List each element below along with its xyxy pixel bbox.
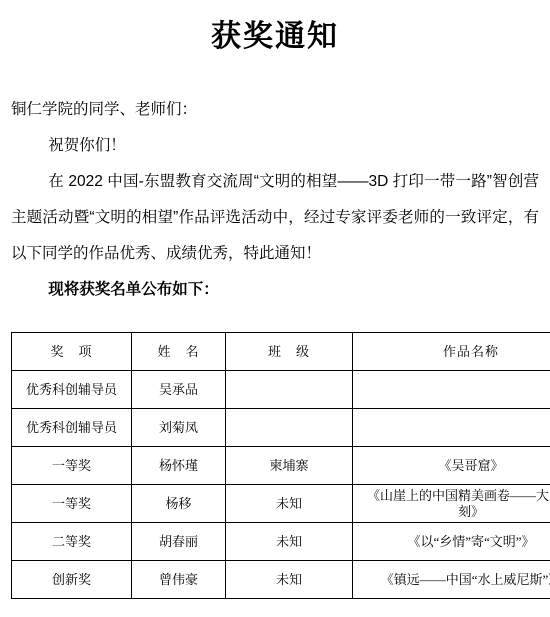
header-name: 姓 名 bbox=[132, 333, 226, 371]
table-cell: 创新奖 bbox=[12, 561, 132, 599]
table-cell: 《以“乡情”寄“文明”》 bbox=[353, 523, 550, 561]
table-cell: 《山崖上的中国精美画卷——大足石刻》 bbox=[353, 485, 550, 523]
table-cell bbox=[353, 371, 550, 409]
table-body: 优秀科创辅导员吴承品优秀科创辅导员刘菊凤一等奖杨怀瑾柬埔寨《吴哥窟》一等奖杨移未… bbox=[12, 371, 550, 599]
body-paragraph: 在 2022 中国-东盟教育交流周“文明的相望——3D 打印一带一路”智创营主题… bbox=[11, 164, 539, 272]
table-cell: 二等奖 bbox=[12, 523, 132, 561]
table-cell: 《镇远——中国“水上威尼斯”》 bbox=[353, 561, 550, 599]
table-cell: 曾伟豪 bbox=[132, 561, 226, 599]
awards-table: 奖 项 姓 名 班 级 作品名称 优秀科创辅导员吴承品优秀科创辅导员刘菊凤一等奖… bbox=[11, 332, 550, 599]
table-cell: 柬埔寨 bbox=[226, 447, 353, 485]
table-cell: 未知 bbox=[226, 485, 353, 523]
table-row: 一等奖杨移未知《山崖上的中国精美画卷——大足石刻》 bbox=[12, 485, 550, 523]
header-work-title: 作品名称 bbox=[353, 333, 550, 371]
announce-line: 现将获奖名单公布如下： bbox=[11, 272, 539, 308]
table-cell bbox=[226, 371, 353, 409]
table-cell: 刘菊凤 bbox=[132, 409, 226, 447]
header-class: 班 级 bbox=[226, 333, 353, 371]
table-cell: 吴承品 bbox=[132, 371, 226, 409]
salutation-line: 铜仁学院的同学、老师们： bbox=[11, 92, 539, 128]
table-cell: 胡春丽 bbox=[132, 523, 226, 561]
table-cell bbox=[353, 409, 550, 447]
header-award: 奖 项 bbox=[12, 333, 132, 371]
table-cell: 一等奖 bbox=[12, 485, 132, 523]
table-row: 优秀科创辅导员刘菊凤 bbox=[12, 409, 550, 447]
table-row: 优秀科创辅导员吴承品 bbox=[12, 371, 550, 409]
table-cell: 杨怀瑾 bbox=[132, 447, 226, 485]
table-cell: 优秀科创辅导员 bbox=[12, 409, 132, 447]
table-cell: 优秀科创辅导员 bbox=[12, 371, 132, 409]
table-cell: 杨移 bbox=[132, 485, 226, 523]
table-header-row: 奖 项 姓 名 班 级 作品名称 bbox=[12, 333, 550, 371]
table-row: 一等奖杨怀瑾柬埔寨《吴哥窟》 bbox=[12, 447, 550, 485]
table-row: 二等奖胡春丽未知《以“乡情”寄“文明”》 bbox=[12, 523, 550, 561]
table-cell: 《吴哥窟》 bbox=[353, 447, 550, 485]
greeting-line: 祝贺你们！ bbox=[11, 128, 539, 164]
table-cell: 未知 bbox=[226, 523, 353, 561]
page-title: 获奖通知 bbox=[11, 18, 539, 56]
table-cell bbox=[226, 409, 353, 447]
table-row: 创新奖曾伟豪未知《镇远——中国“水上威尼斯”》 bbox=[12, 561, 550, 599]
table-cell: 未知 bbox=[226, 561, 353, 599]
table-cell: 一等奖 bbox=[12, 447, 132, 485]
